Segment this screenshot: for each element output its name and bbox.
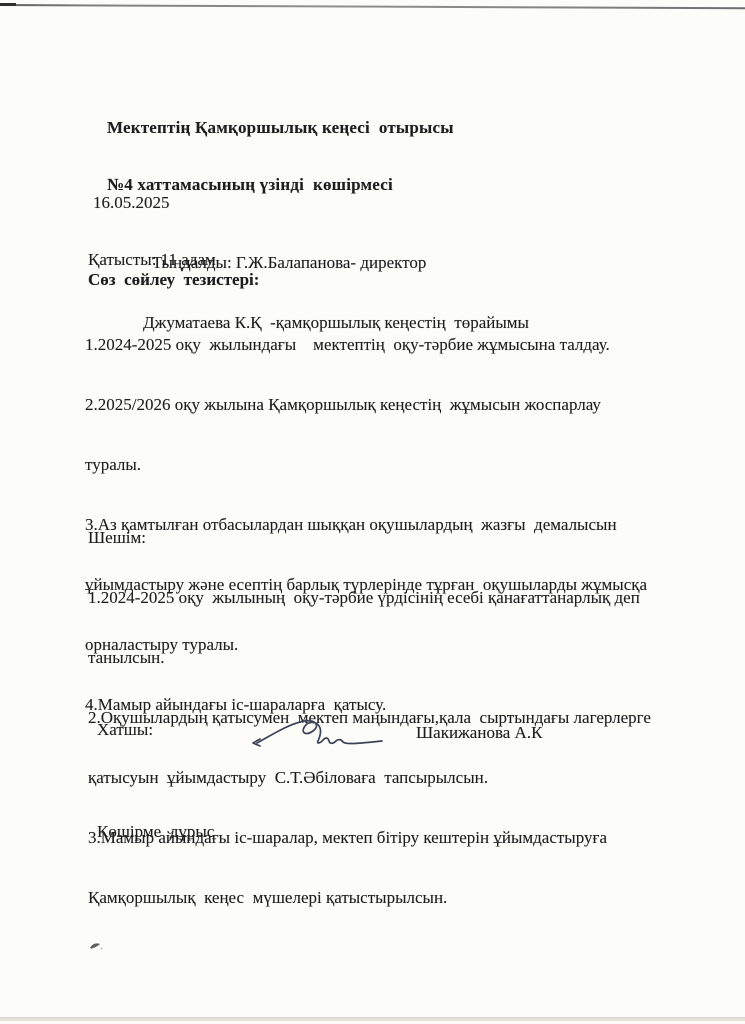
copy-certification-note: Көшірме дұрыс xyxy=(97,822,214,842)
ink-smudge-mark xyxy=(88,940,104,952)
title-line-1: Мектептің Қамқоршылық кеңесі отырысы xyxy=(107,118,454,137)
decision-line: 1.2024-2025 оқу жылының оқу-тәрбие үрдіс… xyxy=(88,588,651,608)
agenda-line: туралы. xyxy=(85,455,647,475)
decision-heading: Шешім: xyxy=(88,528,651,548)
secretary-signature xyxy=(250,710,390,762)
agenda-line: 2.2025/2026 оқу жылына Қамқоршылық кеңес… xyxy=(85,395,647,415)
scan-edge-top-line xyxy=(0,4,745,9)
agenda-heading: Сөз сөйлеу тезистері: xyxy=(88,270,259,290)
scan-corner-mark xyxy=(0,3,16,6)
scan-edge-bottom-line xyxy=(0,1017,745,1021)
agenda-line: 1.2024-2025 оқу жылындағы мектептің оқу-… xyxy=(85,335,647,355)
secretary-name: Шакижанова А.К xyxy=(416,723,542,743)
scanned-document-page: Мектептің Қамқоршылық кеңесі отырысы №4 … xyxy=(0,0,745,1024)
decision-line: қатысуын ұйымдастыру С.Т.Әбіловаға тапсы… xyxy=(88,768,651,788)
meeting-date: 16.05.2025 xyxy=(93,193,216,212)
secretary-label: Хатшы: xyxy=(97,720,153,740)
decision-line: Қамқоршылық кеңес мүшелері қатыстырылсын… xyxy=(88,888,651,908)
decision-line: танылсын. xyxy=(88,648,651,668)
